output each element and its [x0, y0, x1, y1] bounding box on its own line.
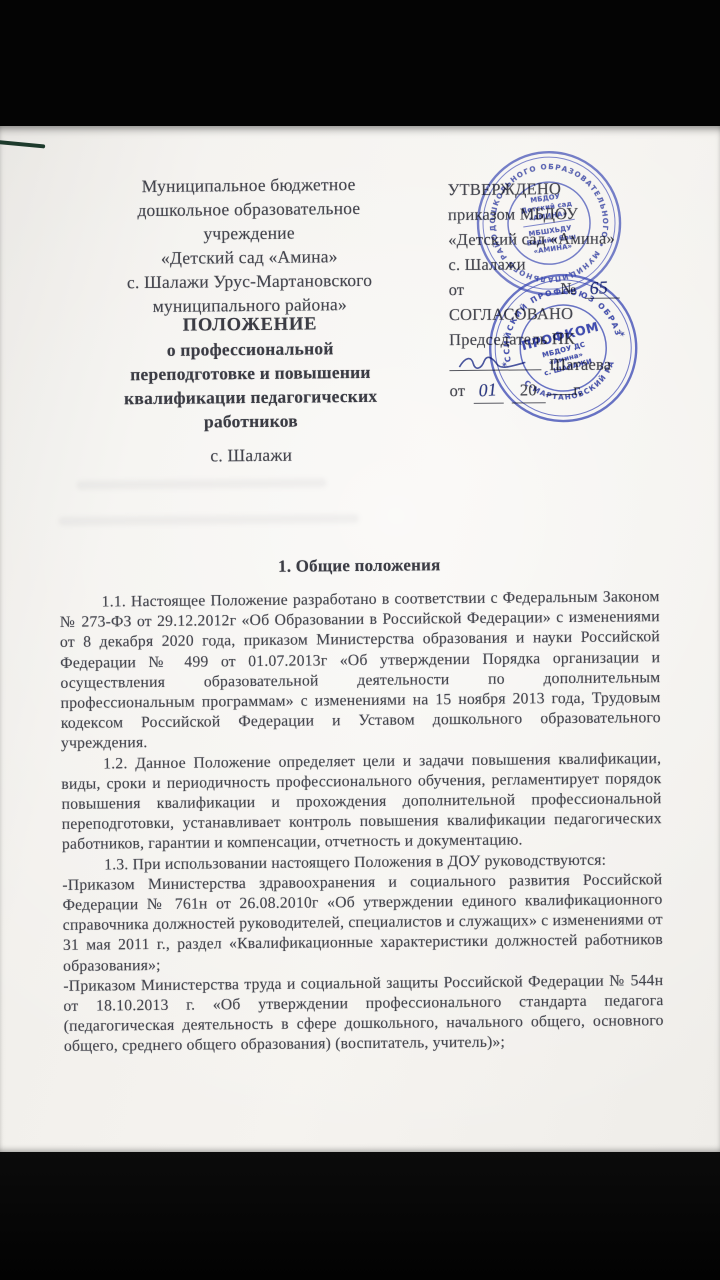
pen-mark — [0, 140, 45, 149]
seal-star-icon: ✶ — [618, 329, 627, 339]
paragraph: 1.1. Настоящее Положение разработано в с… — [60, 587, 662, 754]
org-line: с. Шалажи Урус-Мартановского — [82, 267, 416, 294]
photo-of-document: Муниципальное бюджетное дошкольное образ… — [0, 0, 720, 1280]
organization-name-block: Муниципальное бюджетное дошкольное образ… — [82, 171, 417, 318]
document-body: 1.1. Настоящее Положение разработано в с… — [60, 587, 664, 1057]
paragraph: 1.2. Данное Положение определяет цели и … — [61, 749, 662, 856]
document-title: ПОЛОЖЕНИЕ — [83, 311, 417, 338]
org-line: Муниципальное бюджетное — [82, 171, 416, 198]
title-subtitle-line: квалификации педагогических — [84, 383, 418, 410]
document-page: Муниципальное бюджетное дошкольное образ… — [0, 126, 720, 1152]
org-line: дошкольное образовательное — [82, 195, 416, 222]
photo-black-bar-top — [0, 0, 720, 126]
bleed-through-smudge — [59, 514, 359, 526]
photo-black-bar-bottom — [0, 1152, 720, 1280]
title-subtitle-line: о профессиональной — [83, 335, 417, 362]
org-line: учреждение — [82, 219, 416, 246]
paragraph: -Приказом Министерства здравоохранения и… — [62, 870, 663, 977]
stamps-overlay: ДОШКОЛЬНОГО ОБРАЗОВАТЕЛЬНОГО • МУНИЦИПАЛ… — [415, 137, 718, 472]
location-line: с. Шалажи — [84, 441, 418, 468]
bleed-through-smudge — [76, 478, 326, 489]
paragraph: -Приказом Министерства труда и социально… — [63, 971, 664, 1058]
section-heading: 1. Общие положения — [59, 553, 659, 579]
title-subtitle-line: работников — [84, 407, 418, 434]
document-title-block: ПОЛОЖЕНИЕ о профессиональной переподгото… — [83, 311, 418, 468]
title-subtitle-line: переподготовке и повышении — [83, 359, 417, 386]
page-content: Муниципальное бюджетное дошкольное образ… — [0, 123, 720, 1156]
org-line: «Детский сад «Амина» — [82, 243, 416, 270]
